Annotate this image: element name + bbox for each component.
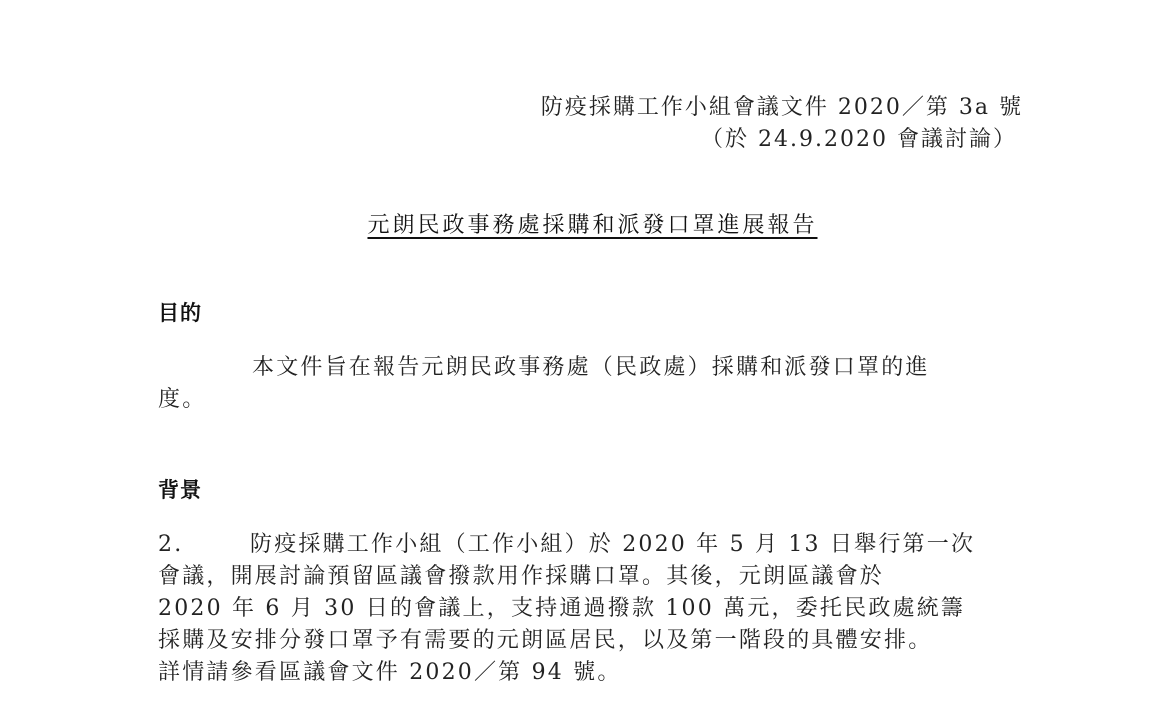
paragraph-line: 會議，開展討論預留區議會撥款用作採購口罩。其後，元朗區議會於 [158,561,1023,593]
document-reference: 防疫採購工作小組會議文件 2020／第 3a 號 [541,90,1023,121]
meeting-date-note: （於 24.9.2020 會議討論） [701,122,1017,153]
paragraph-line: 詳情請參看區議會文件 2020／第 94 號。 [158,657,1023,689]
document-title-text: 元朗民政事務處採購和派發口罩進展報告 [367,213,817,238]
section-heading-background: 背景 [158,474,202,504]
paragraph-line: 2020 年 6 月 30 日的會議上，支持通過撥款 100 萬元，委托民政處統… [158,593,1023,625]
document-page: 防疫採購工作小組會議文件 2020／第 3a 號 （於 24.9.2020 會議… [0,0,1155,719]
paragraph-line: 本文件旨在報告元朗民政事務處（民政處）採購和派發口罩的進 [158,352,1023,384]
purpose-paragraph: 本文件旨在報告元朗民政事務處（民政處）採購和派發口罩的進 度。 [158,352,1023,416]
document-title: 元朗民政事務處採購和派發口罩進展報告 [0,208,1155,239]
paragraph-line: 2.防疫採購工作小組（工作小組）於 2020 年 5 月 13 日舉行第一次 [158,529,1023,561]
paragraph-line: 採購及安排分發口罩予有需要的元朗區居民，以及第一階段的具體安排。 [158,625,1023,657]
paragraph-line: 度。 [158,384,1023,416]
background-paragraph: 2.防疫採購工作小組（工作小組）於 2020 年 5 月 13 日舉行第一次 會… [158,529,1023,689]
paragraph-number: 2. [158,529,250,561]
section-heading-purpose: 目的 [158,297,202,327]
paragraph-text: 本文件旨在報告元朗民政事務處（民政處）採購和派發口罩的進 [252,355,930,380]
paragraph-text: 防疫採購工作小組（工作小組）於 2020 年 5 月 13 日舉行第一次 [250,532,975,557]
